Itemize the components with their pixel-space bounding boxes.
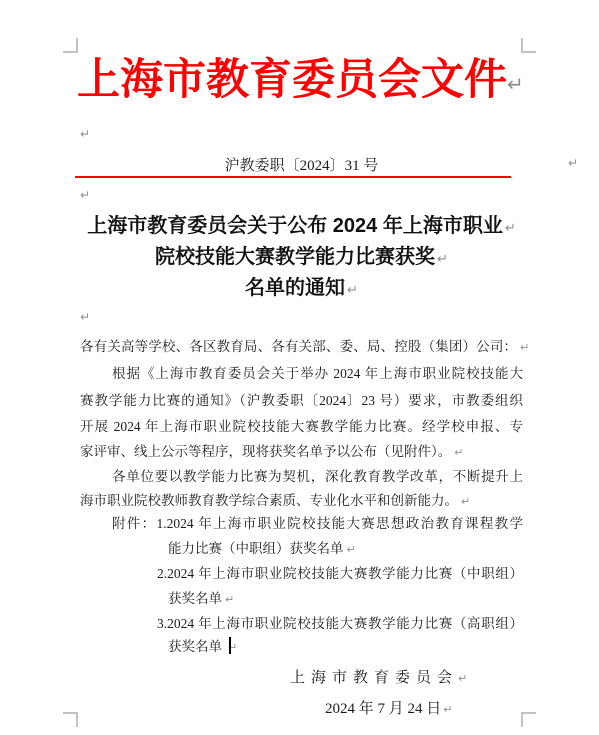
paragraph-mark-icon: ↵ [507,72,524,96]
signature-committee[interactable]: 上海市教育委员会↵ [290,666,467,687]
body-line[interactable]: 海市职业院校教师教育教学综合素质、专业化水平和创新能力。↵ [80,491,470,511]
paragraph-mark-icon: ↵ [505,221,516,236]
paragraph-mark-icon: ↵ [347,543,356,556]
attachment-line-1-cont[interactable]: 能力比赛（中职组）获奖名单↵ [168,539,356,559]
text-boundary-corner-bottom-left-icon [63,712,78,727]
attachment-line-3-cont[interactable]: 获奖名单↵ [168,637,237,657]
doc-number[interactable]: 沪教委职〔2024〕31 号 [80,154,523,175]
body-line[interactable]: 家评审、线上公示等程序，现将获奖名单予以公布（见附件）。↵ [80,442,463,462]
body-line[interactable]: 开展 2024 年上海市职业院校技能大赛教学能力比赛。经学校申报、专 [80,417,523,436]
notice-title-line[interactable]: 上海市教育委员会关于公布 2024 年上海市职业↵ [80,212,523,243]
paragraph-mark-icon: ↵ [520,338,529,357]
document-page: 上海市教育委员会文件↵ ↵ ↵ ↵ 沪教委职〔2024〕31 号 ↵ 上海市教育… [0,0,599,735]
attachment-line-2[interactable]: 2.2024 年上海市职业院校技能大赛教学能力比赛（中职组） [157,564,523,583]
attachment-line-3[interactable]: 3.2024 年上海市职业院校技能大赛教学能力比赛（高职组） [157,614,523,633]
red-divider-rule [75,176,511,178]
paragraph-mark-icon: ↵ [454,446,463,459]
attachment-line-1[interactable]: 附件：1.2024 年上海市职业院校技能大赛思想政治教育课程教学 [112,514,523,533]
paragraph-mark-icon: ↵ [437,252,448,267]
body-text[interactable]: 家评审、线上公示等程序，现将获奖名单予以公布（见附件）。 [80,444,451,459]
notice-title[interactable]: 上海市教育委员会关于公布 2024 年上海市职业↵ 院校技能大赛教学能力比赛获奖… [80,212,523,305]
signature-date[interactable]: 2024 年 7 月 24 日↵ [325,697,452,718]
notice-title-text[interactable]: 上海市教育委员会关于公布 2024 年上海市职业 [87,215,503,237]
body-text[interactable]: 获奖名单 [168,639,222,654]
notice-title-line[interactable]: 院校技能大赛教学能力比赛获奖↵ [80,243,523,274]
body-line[interactable]: 根据《上海市教育委员会关于举办 2024 年上海市职业院校技能大 [112,364,523,383]
paragraph-mark-icon: ↵ [80,311,90,323]
notice-title-text[interactable]: 名单的通知 [245,277,345,299]
body-line-salutation[interactable]: 各有关高等学校、各区教育局、各有关部、委、局、控股（集团）公司：↵ [80,337,517,356]
paragraph-mark-icon: ↵ [80,189,90,201]
text-boundary-corner-top-right-icon [521,38,536,53]
date-text[interactable]: 2024 年 7 月 24 日 [325,701,441,717]
letterhead-title-text[interactable]: 上海市教育委员会文件 [77,57,507,104]
paragraph-mark-icon: ↵ [461,495,470,508]
text-cursor [229,637,231,654]
attachment-line-2-cont[interactable]: 获奖名单↵ [168,589,234,609]
paragraph-mark-icon: ↵ [80,128,90,140]
body-text[interactable]: 获奖名单 [168,591,222,606]
body-line[interactable]: 赛教学能力比赛的通知》（沪教委职〔2024〕23 号）要求，市教委组织 [80,391,523,410]
body-text[interactable]: 海市职业院校教师教育教学综合素质、专业化水平和创新能力。 [80,493,458,508]
text-boundary-corner-bottom-right-icon [521,712,536,727]
body-text[interactable]: 各有关高等学校、各区教育局、各有关部、委、局、控股（集团）公司： [80,339,517,354]
signature-text[interactable]: 上海市教育委员会 [290,670,458,686]
paragraph-mark-icon: ↵ [347,283,358,298]
letterhead-title[interactable]: 上海市教育委员会文件↵ [77,57,524,105]
body-line[interactable]: 各单位要以教学能力比赛为契机，深化教育教学改革，不断提升上 [112,467,523,486]
notice-title-line[interactable]: 名单的通知↵ [80,274,523,305]
paragraph-mark-icon: ↵ [443,703,452,716]
text-boundary-corner-top-left-icon [63,38,78,53]
paragraph-mark-icon: ↵ [568,157,578,169]
body-text[interactable]: 能力比赛（中职组）获奖名单 [168,541,344,556]
notice-title-text[interactable]: 院校技能大赛教学能力比赛获奖 [155,246,435,268]
paragraph-mark-icon: ↵ [458,672,467,685]
paragraph-mark-icon: ↵ [225,593,234,606]
